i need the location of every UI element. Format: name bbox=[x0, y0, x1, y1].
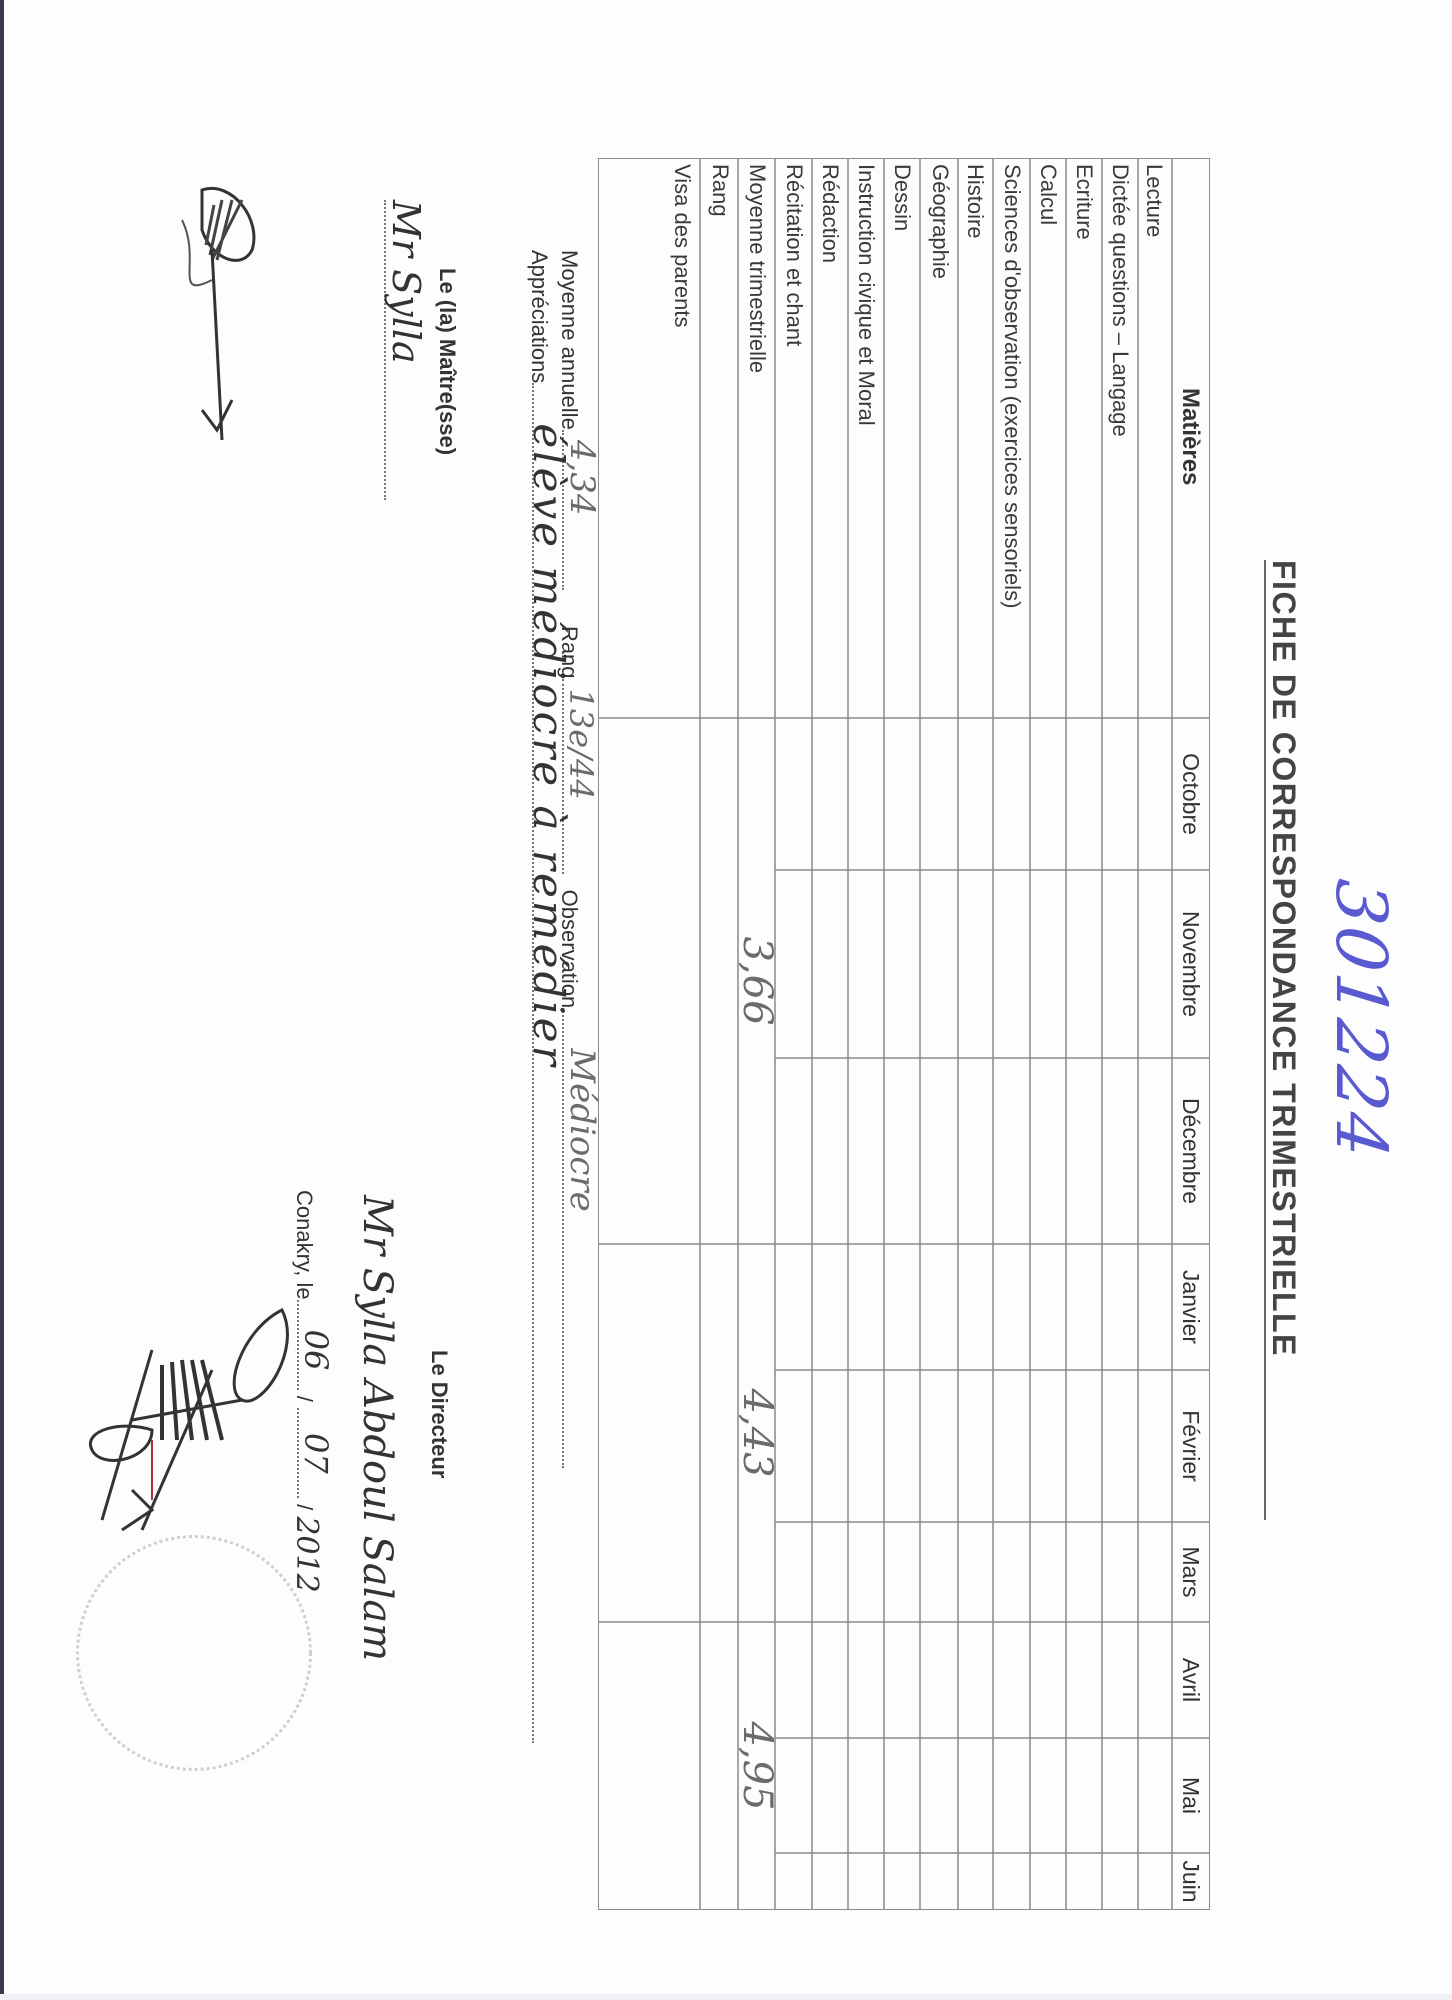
rotated-document: 301224 FICHE DE CORRESPONDANCE TRIMESTRI… bbox=[0, 0, 1452, 2000]
director-name: Mr Sylla Abdoul Salam bbox=[354, 1195, 400, 1661]
teacher-name: Mr Sylla bbox=[384, 200, 428, 364]
date-month: 07 bbox=[297, 1433, 335, 1474]
subject-row-label: Visa des parents bbox=[671, 164, 693, 327]
place-date-label: Conakry, le bbox=[292, 1190, 317, 1300]
teacher-signature-icon bbox=[162, 160, 272, 450]
trimester-average-value: 3,66 bbox=[737, 921, 777, 1041]
annual-average-label: Moyenne annuelle bbox=[557, 250, 582, 430]
subject-row-label: Géographie bbox=[929, 164, 951, 279]
director-signature-icon bbox=[62, 1290, 302, 1550]
document-title: FICHE DE CORRESPONDANCE TRIMESTRIELLE bbox=[1264, 560, 1302, 1520]
subject-row-label: Ecriture bbox=[1073, 164, 1095, 240]
scanned-page: 301224 FICHE DE CORRESPONDANCE TRIMESTRI… bbox=[0, 0, 1452, 2000]
column-header-month: Février bbox=[1179, 1386, 1202, 1506]
column-header-month: Décembre bbox=[1179, 1091, 1202, 1211]
director-name-row: Mr Sylla Abdoul Salam bbox=[354, 1195, 400, 1661]
observation-value: Médiocre bbox=[562, 1048, 602, 1211]
subject-row-label: Rédaction bbox=[819, 164, 841, 263]
column-header-month: Mars bbox=[1179, 1512, 1202, 1632]
trimester-average-value: 4,43 bbox=[737, 1373, 777, 1493]
column-header-month: Novembre bbox=[1179, 904, 1202, 1024]
faded-stamp-icon bbox=[76, 1535, 312, 1771]
column-header-month: Avril bbox=[1179, 1620, 1202, 1740]
column-header-month: Janvier bbox=[1179, 1247, 1202, 1367]
date-day: 06 bbox=[297, 1330, 335, 1371]
subject-row-label: Sciences d'observation (exercices sensor… bbox=[1001, 164, 1023, 608]
subject-row-label: Récitation et chant bbox=[783, 164, 805, 346]
appreciations-value: élève médiocre à remédier bbox=[524, 423, 573, 1068]
subject-row-label: Lecture bbox=[1143, 164, 1165, 237]
teacher-label: Le (la) Maître(sse) bbox=[434, 268, 460, 455]
column-header-month: Juin bbox=[1179, 1822, 1202, 1942]
trimester-average-value: 4,95 bbox=[737, 1706, 777, 1826]
subject-row-label: Moyenne trimestrielle bbox=[746, 164, 768, 373]
column-header-month: Octobre bbox=[1179, 734, 1202, 854]
subject-row-label: Instruction civique et Moral bbox=[855, 164, 877, 426]
director-label: Le Directeur bbox=[426, 1350, 452, 1478]
subject-row-label: Histoire bbox=[964, 164, 986, 239]
appreciations-row: Appréciationsélève médiocre à remédier bbox=[526, 250, 552, 1743]
subject-row-label: Calcul bbox=[1037, 164, 1059, 225]
grade-table: MatièresOctobreNovembreDécembreJanvierFé… bbox=[598, 158, 1210, 1910]
subject-row-label: Dessin bbox=[891, 164, 913, 231]
subject-row-label: Rang bbox=[709, 164, 731, 217]
subject-row-label: Dictée questions – Langage bbox=[1109, 164, 1131, 437]
appreciations-label: Appréciations bbox=[527, 250, 552, 383]
handwritten-reference-number: 301224 bbox=[1320, 876, 1402, 1164]
teacher-name-row: Mr Sylla bbox=[378, 200, 404, 500]
column-header-subjects: Matières bbox=[1178, 388, 1202, 485]
